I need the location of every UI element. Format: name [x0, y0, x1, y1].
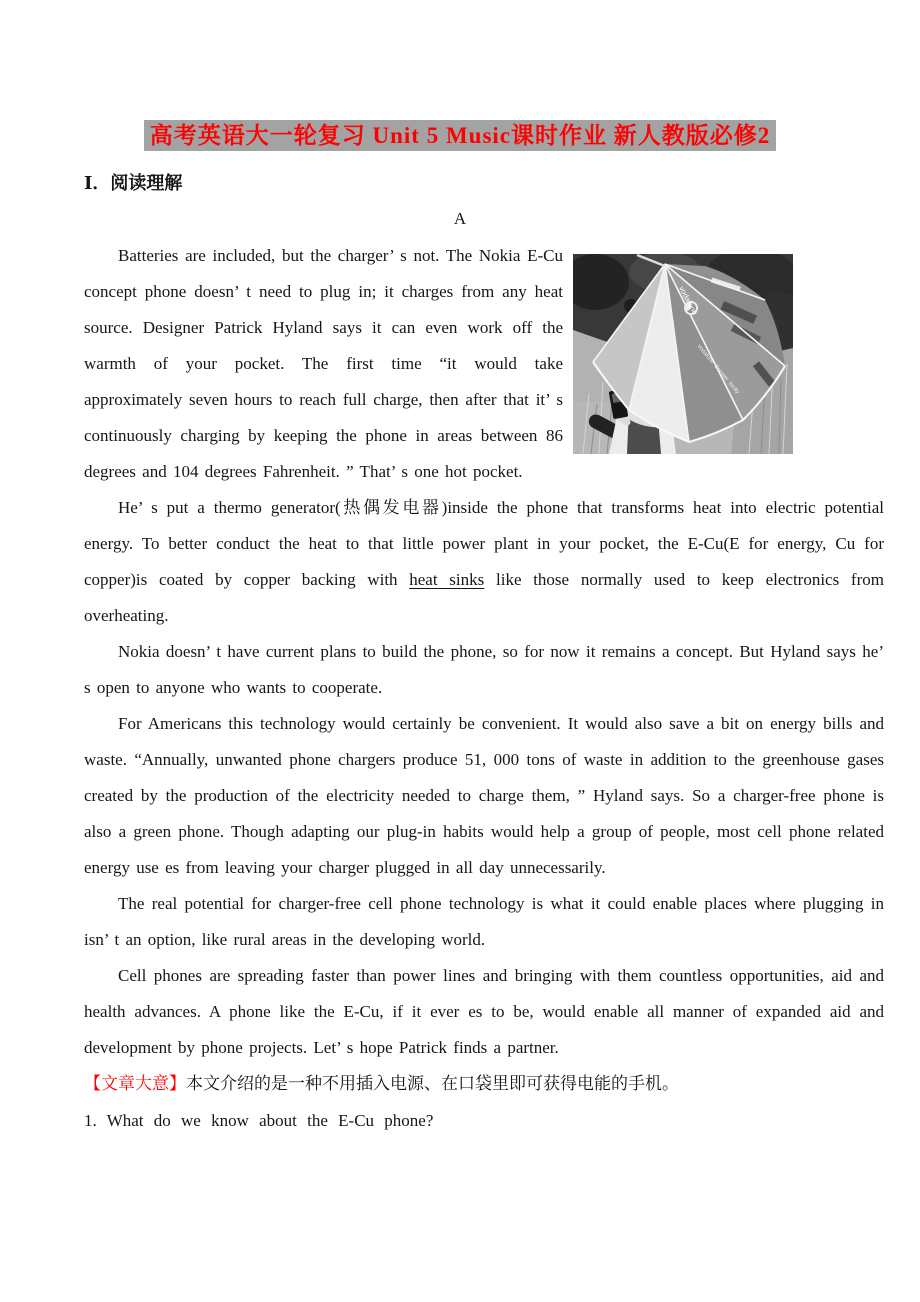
document-title-text: 高考英语大一轮复习 Unit 5 Music课时作业 新人教版必修2 [144, 120, 777, 151]
passage-summary: 【文章大意】本文介绍的是一种不用插入电源、在口袋里即可获得电能的手机。 [84, 1066, 884, 1102]
question-text: What do we know about the E-Cu phone? [107, 1111, 434, 1130]
summary-text: 本文介绍的是一种不用插入电源、在口袋里即可获得电能的手机。 [186, 1074, 679, 1093]
document-title: 高考英语大一轮复习 Unit 5 Music课时作业 新人教版必修2 [0, 0, 920, 151]
question-number: 1. [84, 1111, 97, 1130]
article-paragraph-3: Nokia doesn’ t have current plans to bui… [84, 634, 884, 706]
worksheet-page: 高考英语大一轮复习 Unit 5 Music课时作业 新人教版必修2 Ⅰ．阅读理… [0, 0, 920, 1302]
article-paragraph-6: Cell phones are spreading faster than po… [84, 958, 884, 1066]
question-1: 1. What do we know about the E-Cu phone? [84, 1102, 884, 1140]
article-paragraph-5: The real potential for charger-free cell… [84, 886, 884, 958]
article-paragraph-2: He’ s put a thermo generator(热偶发电器)insid… [84, 490, 884, 634]
summary-tag: 【文章大意】 [84, 1074, 186, 1093]
underlined-term: heat sinks [409, 570, 484, 589]
reading-passage: vodafone Vodafone Booster brolly Batteri… [84, 238, 884, 1066]
section-heading: Ⅰ．阅读理解 [84, 168, 884, 198]
passage-photo: vodafone Vodafone Booster brolly [573, 254, 793, 454]
article-paragraph-4: For Americans this technology would cert… [84, 706, 884, 886]
passage-label: A [0, 202, 920, 236]
passage-photo-graphic: vodafone Vodafone Booster brolly [573, 254, 793, 454]
